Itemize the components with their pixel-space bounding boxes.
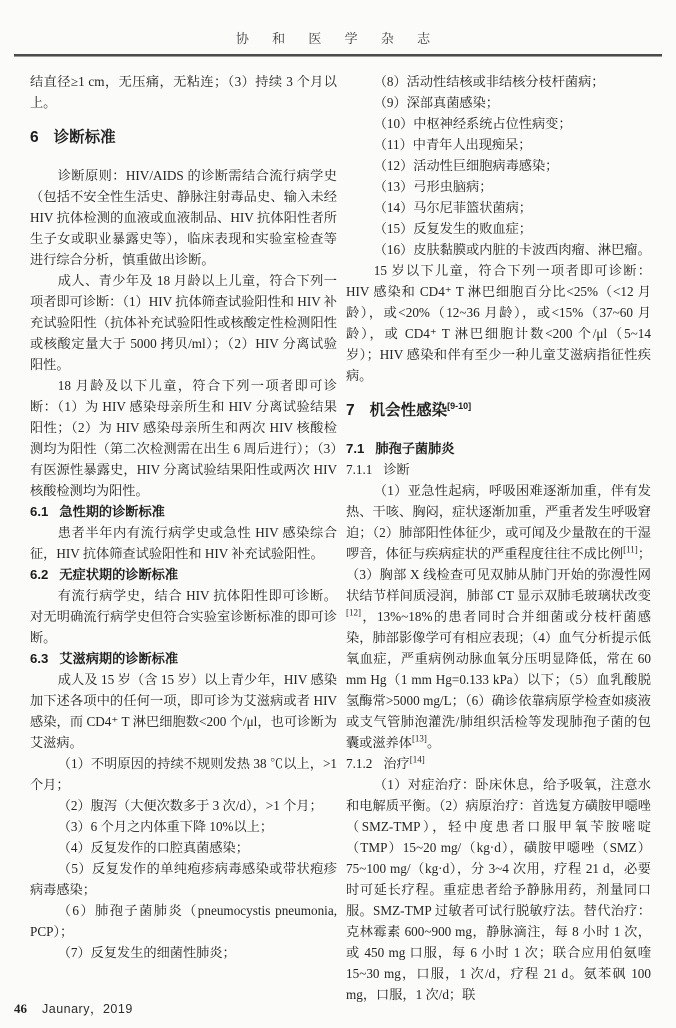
list-item: （12）活动性巨细胞病毒感染； [346, 155, 651, 176]
paragraph-asymptomatic-phase: 有流行病学史，结合 HIV 抗体阳性即可诊断。对无明确流行病学史但符合实验室诊断… [30, 585, 337, 648]
right-column: （8）活动性结核或非结核分枝杆菌病； （9）深部真菌感染； （10）中枢神经系统… [346, 71, 651, 1005]
left-column: 结直径≥1 cm，无压痛，无粘连；（3）持续 3 个月以上。 6诊断标准 诊断原… [30, 71, 337, 963]
list-item: （11）中青年人出现痴呆； [346, 134, 651, 155]
list-item: （15）反复发生的败血症； [346, 218, 651, 239]
list-item: （7）反复发生的细菌性肺炎； [30, 942, 337, 963]
paragraph-child-criteria: 15 岁以下儿童，符合下列一项者即可诊断：HIV 感染和 CD4⁺ T 淋巴细胞… [346, 260, 651, 386]
section-6-2-heading: 6.2无症状期的诊断标准 [30, 564, 337, 585]
continued-paragraph: 结直径≥1 cm，无压痛，无粘连；（3）持续 3 个月以上。 [30, 71, 337, 113]
header-rule [14, 54, 662, 57]
list-item: （13）弓形虫脑病； [346, 176, 651, 197]
page-number: 46 [14, 1001, 27, 1017]
paragraph-infant-criteria: 18 月龄及以下儿童，符合下列一项者即可诊断：（1）为 HIV 感染母亲所生和 … [30, 375, 337, 501]
section-number: 7.1.1 [346, 462, 372, 477]
list-item: （1）不明原因的持续不规则发热 38 ℃以上，>1 个月； [30, 753, 337, 795]
section-title: 诊断标准 [54, 129, 116, 146]
list-item: （8）活动性结核或非结核分枝杆菌病； [346, 71, 651, 92]
section-7-1-1-heading: 7.1.1诊断 [346, 459, 651, 480]
section-number: 6.2 [30, 567, 48, 582]
section-7-heading: 7机会性感染[9-10] [346, 400, 651, 422]
text-segment: ，13%~18%的患者同时合并细菌或分枝杆菌感染，肺部影像学可有相应表现；（4）… [346, 609, 651, 750]
journal-title: 协 和 医 学 杂 志 [0, 28, 676, 47]
list-item: （2）腹泻（大便次数多于 3 次/d），>1 个月； [30, 795, 337, 816]
paragraph-diagnosis-principle: 诊断原则：HIV/AIDS 的诊断需结合流行病学史（包括不安全性生活史、静脉注射… [30, 165, 337, 270]
section-title: 无症状期的诊断标准 [59, 567, 178, 582]
section-title: 肺孢子菌肺炎 [375, 441, 454, 456]
paragraph-pcp-diagnosis: （1）亚急性起病，呼吸困难逐渐加重，伴有发热、干咳、胸闷，症状逐渐加重，严重者发… [346, 480, 651, 753]
citation-ref: [14] [410, 755, 425, 765]
section-title: 诊断 [383, 462, 409, 477]
list-item: （14）马尔尼菲篮状菌病； [346, 197, 651, 218]
paragraph-pcp-treatment: （1）对症治疗：卧床休息，给予吸氧，注意水和电解质平衡。（2）病原治疗：首选复方… [346, 774, 651, 1005]
paragraph-acute-phase: 患者半年内有流行病学史或急性 HIV 感染综合征，HIV 抗体筛查试验阳性和 H… [30, 522, 337, 564]
list-item: （4）反复发作的口腔真菌感染； [30, 837, 337, 858]
paragraph-aids-phase: 成人及 15 岁（含 15 岁）以上青少年，HIV 感染加下述各项中的任何一项，… [30, 669, 337, 753]
citation-ref: [13] [412, 734, 427, 744]
section-number: 6 [30, 129, 39, 146]
citation-ref: [11] [623, 545, 638, 555]
list-item: （6）肺孢子菌肺炎（pneumocystis pneumonia, PCP）； [30, 900, 337, 942]
section-6-heading: 6诊断标准 [30, 127, 337, 149]
section-title: 艾滋病期的诊断标准 [59, 651, 178, 666]
paragraph-adult-criteria: 成人、青少年及 18 月龄以上儿童，符合下列一项者即可诊断：（1）HIV 抗体筛… [30, 270, 337, 375]
section-title: 机会性感染 [370, 402, 448, 419]
section-number: 7.1 [346, 441, 364, 456]
section-6-1-heading: 6.1急性期的诊断标准 [30, 501, 337, 522]
section-number: 6.3 [30, 651, 48, 666]
list-item: （10）中枢神经系统占位性病变； [346, 113, 651, 134]
text-segment: （1）亚急性起病，呼吸困难逐渐加重，伴有发热、干咳、胸闷，症状逐渐加重，严重者发… [346, 483, 651, 561]
citation-ref: [9-10] [447, 401, 471, 411]
list-item: （16）皮肤黏膜或内脏的卡波西肉瘤、淋巴瘤。 [346, 239, 651, 260]
section-number: 7 [346, 402, 355, 419]
section-7-1-heading: 7.1肺孢子菌肺炎 [346, 438, 651, 459]
issue-date: Jaunary，2019 [42, 999, 133, 1017]
section-number: 6.1 [30, 504, 48, 519]
text-segment: 。 [427, 735, 440, 750]
list-item: （5）反复发作的单纯疱疹病毒感染或带状疱疹病毒感染； [30, 858, 337, 900]
section-title: 急性期的诊断标准 [59, 504, 165, 519]
list-item: （3）6 个月之内体重下降 10%以上； [30, 816, 337, 837]
list-item: （9）深部真菌感染； [346, 92, 651, 113]
section-7-1-2-heading: 7.1.2治疗[14] [346, 753, 651, 774]
journal-page: 协 和 医 学 杂 志 结直径≥1 cm，无压痛，无粘连；（3）持续 3 个月以… [0, 0, 676, 1028]
section-title: 治疗 [383, 756, 409, 771]
citation-ref: [12] [346, 608, 361, 618]
section-6-3-heading: 6.3艾滋病期的诊断标准 [30, 648, 337, 669]
page-footer: 46 Jaunary，2019 [14, 999, 133, 1017]
section-number: 7.1.2 [346, 756, 372, 771]
